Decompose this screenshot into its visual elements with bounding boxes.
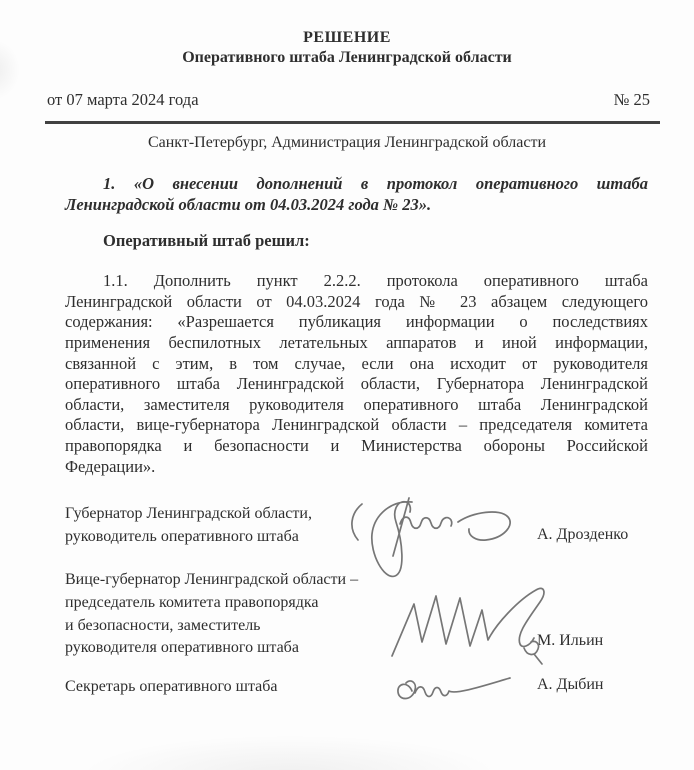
document-subtitle: Оперативного штаба Ленинградской области (0, 49, 694, 67)
header-divider (45, 121, 660, 124)
signature-row-governor: Губернатор Ленинградской области,руковод… (65, 503, 648, 548)
text-line: 1. «О внесении дополнений в протокол опе… (65, 174, 648, 195)
scan-smudge (80, 735, 500, 770)
text-line: Вице-губернатор Ленинградской области – (65, 569, 648, 592)
document-title: РЕШЕНИЕ (0, 29, 694, 47)
signature-row-secretary: Секретарь оперативного штаба А. Дыбин (65, 676, 648, 699)
document-place: Санкт-Петербург, Администрация Ленинград… (0, 134, 694, 152)
text-line: Ленинградской области от 04.03.2024 года… (65, 292, 648, 313)
clause-paragraph: 1.1. Дополнить пункт 2.2.2. протокола оп… (65, 271, 648, 477)
signatory-name-drozdenko: А. Дрозденко (537, 524, 628, 547)
signatory-name-dybin: А. Дыбин (537, 674, 603, 697)
text-line: содержания: «Разрешается публикация инфо… (65, 312, 648, 333)
document-date: от 07 марта 2024 года (47, 90, 199, 110)
date-number-row: от 07 марта 2024 года № 25 (47, 90, 650, 110)
text-line: связанной с этим, в том случае, если она… (65, 354, 648, 375)
signature-block: Губернатор Ленинградской области,руковод… (65, 503, 648, 698)
text-line: правопорядка и безопасности и Министерст… (65, 436, 648, 457)
subject-paragraph: 1. «О внесении дополнений в протокол опе… (65, 174, 648, 215)
resolution-heading: Оперативный штаб решил: (65, 231, 648, 251)
text-line: 1.1. Дополнить пункт 2.2.2. протокола оп… (65, 271, 648, 292)
signatory-name-ilyin: М. Ильин (537, 630, 603, 653)
text-line: Губернатор Ленинградской области, (65, 503, 648, 526)
text-line: области, вице-губернатора Ленинградской … (65, 415, 648, 436)
text-line: Ленинградской области от 04.03.2024 года… (65, 195, 648, 216)
document-header: РЕШЕНИЕ Оперативного штаба Ленинградской… (0, 0, 694, 67)
text-line: области, заместителя руководителя операт… (65, 395, 648, 416)
text-line: председатель комитета правопорядка (65, 592, 648, 615)
document-page: РЕШЕНИЕ Оперативного штаба Ленинградской… (0, 0, 694, 770)
text-line: Федерации». (65, 457, 648, 478)
signature-row-vice-governor: Вице-губернатор Ленинградской области –п… (65, 569, 648, 659)
text-line: применения беспилотных летательных аппар… (65, 333, 648, 354)
text-line: оперативного штаба Ленинградской области… (65, 374, 648, 395)
document-number: № 25 (614, 90, 650, 110)
